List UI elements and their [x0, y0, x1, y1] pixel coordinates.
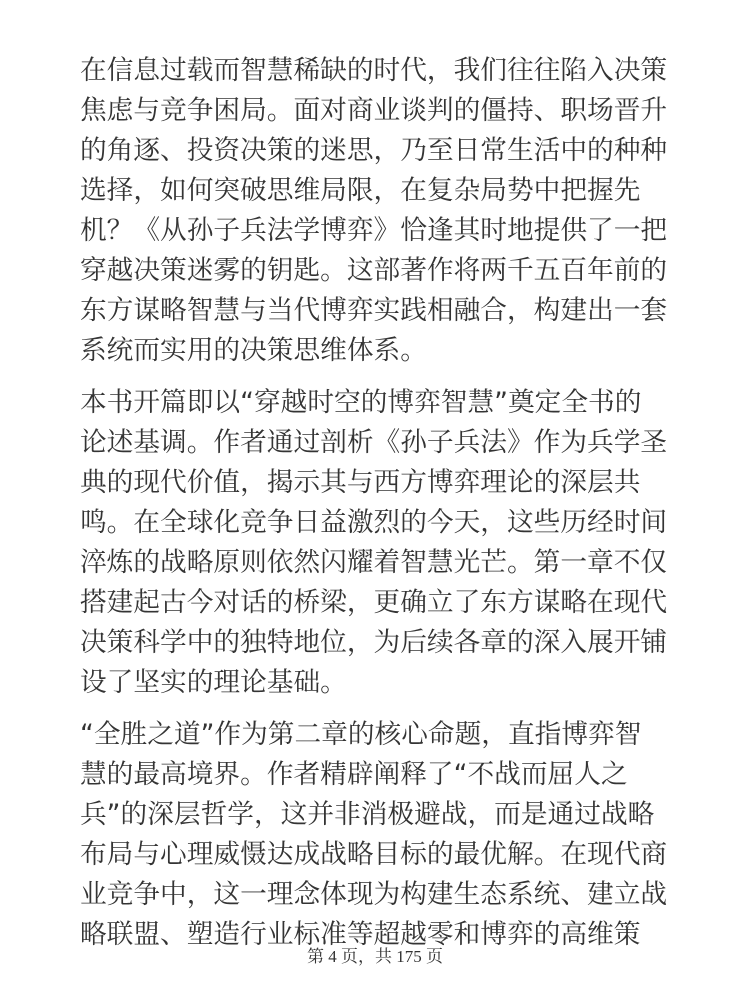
- page-number-footer: 第 4 页，共 175 页: [0, 945, 750, 969]
- text-line: 机？《从孙子兵法学博弈》恰逢其时地提供了一把: [80, 211, 674, 251]
- text-line: 论述基调。作者通过剖析《孙子兵法》作为兵学圣: [80, 423, 674, 463]
- text-line: 东方谋略智慧与当代博弈实践相融合，构建出一套: [80, 291, 674, 331]
- text-line: 布局与心理威慑达成战略目标的最优解。在现代商: [80, 835, 674, 875]
- text-line: 业竞争中，这一理念体现为构建生态系统、建立战: [80, 875, 674, 915]
- text-line: 搭建起古今对话的桥梁，更确立了东方谋略在现代: [80, 583, 674, 623]
- paragraph-1: 在信息过载而智慧稀缺的时代，我们往往陷入决策焦虑与竞争困局。面对商业谈判的僵持、…: [80, 51, 674, 371]
- text-line: 的角逐、投资决策的迷思，乃至日常生活中的种种: [80, 131, 674, 171]
- text-line: 本书开篇即以“穿越时空的博弈智慧”奠定全书的: [80, 383, 674, 423]
- text-line: 慧的最高境界。作者精辟阐释了“不战而屈人之: [80, 755, 674, 795]
- text-line: 淬炼的战略原则依然闪耀着智慧光芒。第一章不仅: [80, 543, 674, 583]
- text-line: 选择，如何突破思维局限，在复杂局势中把握先: [80, 171, 674, 211]
- document-page: 在信息过载而智慧稀缺的时代，我们往往陷入决策焦虑与竞争困局。面对商业谈判的僵持、…: [0, 0, 750, 1000]
- text-line: 兵”的深层哲学，这并非消极避战，而是通过战略: [80, 795, 674, 835]
- text-line: 鸣。在全球化竞争日益激烈的今天，这些历经时间: [80, 503, 674, 543]
- paragraph-3: “全胜之道”作为第二章的核心命题，直指博弈智慧的最高境界。作者精辟阐释了“不战而…: [80, 715, 674, 955]
- text-line: 系统而实用的决策思维体系。: [80, 331, 674, 371]
- text-line: 典的现代价值，揭示其与西方博弈理论的深层共: [80, 463, 674, 503]
- text-line: 在信息过载而智慧稀缺的时代，我们往往陷入决策: [80, 51, 674, 91]
- text-line: 决策科学中的独特地位，为后续各章的深入展开铺: [80, 623, 674, 663]
- document-body: 在信息过载而智慧稀缺的时代，我们往往陷入决策焦虑与竞争困局。面对商业谈判的僵持、…: [80, 51, 674, 967]
- text-line: 设了坚实的理论基础。: [80, 663, 674, 703]
- text-line: 穿越决策迷雾的钥匙。这部著作将两千五百年前的: [80, 251, 674, 291]
- paragraph-2: 本书开篇即以“穿越时空的博弈智慧”奠定全书的论述基调。作者通过剖析《孙子兵法》作…: [80, 383, 674, 703]
- text-line: “全胜之道”作为第二章的核心命题，直指博弈智: [80, 715, 674, 755]
- text-line: 焦虑与竞争困局。面对商业谈判的僵持、职场晋升: [80, 91, 674, 131]
